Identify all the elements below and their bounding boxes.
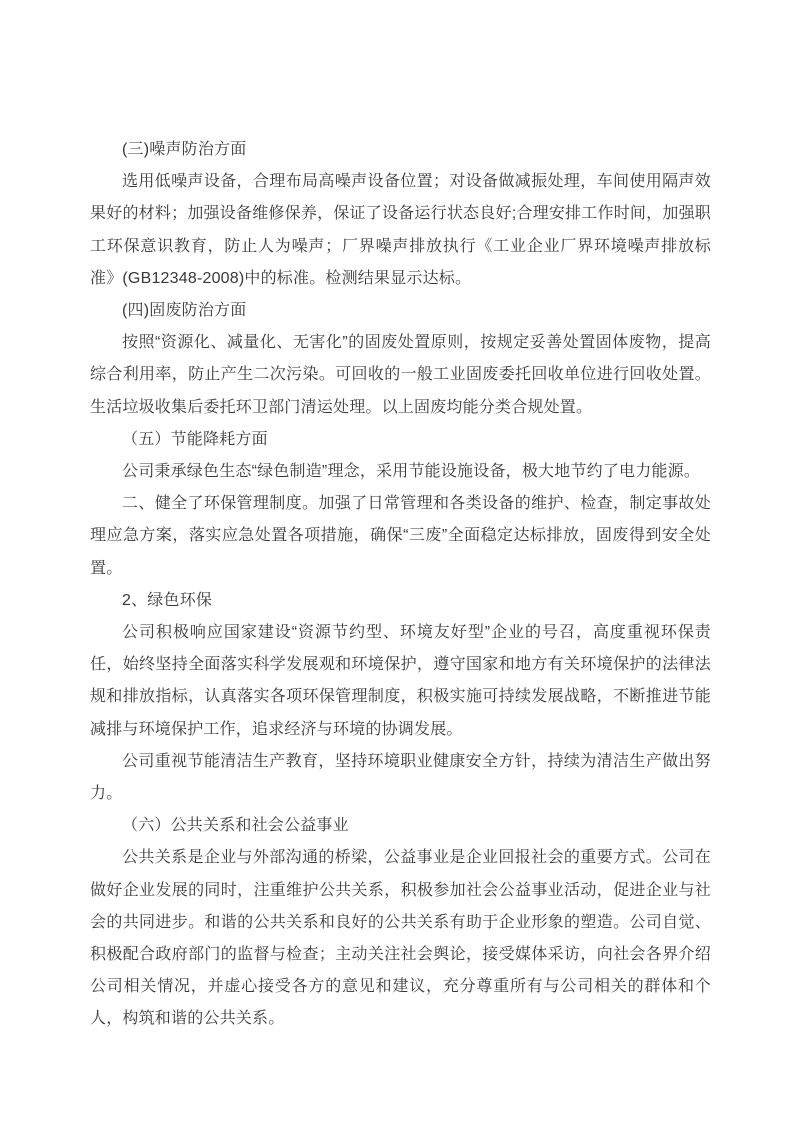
paragraph-green-environmental-policy: 公司积极响应国家建设“资源节约型、环境友好型”企业的号召，高度重视环保责任，始终… (90, 617, 711, 746)
paragraph-environmental-management-system: 二、健全了环保管理制度。加强了日常管理和各类设备的维护、检查，制定事故处理应急方… (90, 488, 711, 585)
paragraph-solid-waste-measures: 按照“资源化、减量化、无害化”的固废处置原则，按规定妥善处置固体废物，提高综合利… (90, 327, 711, 424)
paragraph-public-relations-details: 公共关系是企业与外部沟通的桥梁，公益事业是企业回报社会的重要方式。公司在做好企业… (90, 842, 711, 1035)
heading-public-relations-welfare: （六）公共关系和社会公益事业 (90, 810, 711, 842)
heading-green-environmental-protection: 2、绿色环保 (90, 585, 711, 617)
document-body: (三)噪声防治方面 选用低噪声设备，合理布局高噪声设备位置；对设备做减振处理，车… (90, 134, 711, 1036)
heading-noise-prevention: (三)噪声防治方面 (90, 134, 711, 166)
paragraph-energy-saving-measures: 公司秉承绿色生态“绿色制造”理念，采用节能设施设备，极大地节约了电力能源。 (90, 456, 711, 488)
paragraph-noise-prevention-measures: 选用低噪声设备，合理布局高噪声设备位置；对设备做减振处理，车间使用隔声效果好的材… (90, 166, 711, 295)
paragraph-clean-production-education: 公司重视节能清洁生产教育，坚持环境职业健康安全方针，持续为清洁生产做出努力。 (90, 746, 711, 810)
document-page: (三)噪声防治方面 选用低噪声设备，合理布局高噪声设备位置；对设备做减振处理，车… (0, 0, 800, 1132)
heading-energy-saving: （五）节能降耗方面 (90, 424, 711, 456)
heading-solid-waste-prevention: (四)固废防治方面 (90, 295, 711, 327)
